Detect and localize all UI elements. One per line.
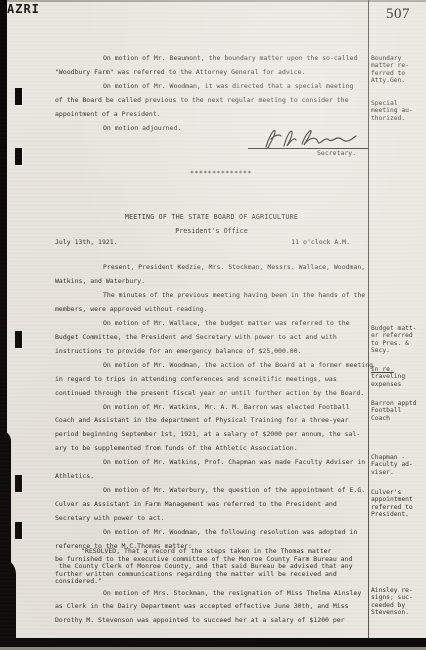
margin-note-line: Chapman - bbox=[371, 454, 425, 461]
page-bottom-edge bbox=[0, 638, 426, 647]
meeting-title: MEETING OF THE STATE BOARD OF AGRICULTUR… bbox=[55, 210, 368, 224]
margin-note-line: expenses bbox=[371, 381, 425, 388]
margin-note-line: ferred to bbox=[371, 70, 425, 77]
margin-note-line: matter re- bbox=[371, 62, 425, 69]
margin-note-line: referred to bbox=[371, 504, 425, 511]
meeting-subtitle: President's Office bbox=[55, 224, 368, 238]
meeting-dateline: July 13th, 1921. 11 o'clock A.M. bbox=[55, 238, 368, 247]
text-line: On motion of Mr. Woodman, the following … bbox=[55, 526, 368, 540]
body-paragraph: On motion of Mr. Watkins, Prof. Chapman … bbox=[55, 456, 368, 484]
text-line: instructions to provide for an emergency… bbox=[55, 345, 368, 359]
text-line: On motion of Mr. Watkins, Prof. Chapman … bbox=[55, 456, 368, 470]
text-line: On motion of Mr. Woodman, the action of … bbox=[55, 359, 368, 373]
margin-note: Ainsley re-signs; suc-ceeded byStevenson… bbox=[371, 587, 425, 617]
margin-note: Chapman -Faculty ad-viser. bbox=[371, 454, 425, 476]
body-paragraph: On motion of Mr. Woodman, the action of … bbox=[55, 359, 368, 401]
meeting-date: July 13th, 1921. bbox=[55, 238, 118, 247]
closing-paragraphs: On motion of Mrs. Stockman, the resignat… bbox=[55, 587, 368, 629]
resolution-line: considered." bbox=[55, 578, 368, 585]
body-paragraph: On motion of Mr. Beaumont, the boundary … bbox=[55, 52, 368, 80]
resolution-block: "RESOLVED, That a record of the steps ta… bbox=[55, 548, 368, 585]
body-paragraph: On motion of Mr. Woodman, it was directe… bbox=[55, 80, 368, 122]
binding-mark bbox=[15, 522, 22, 539]
binding-mark bbox=[15, 88, 22, 105]
margin-note-line: Boundary bbox=[371, 55, 425, 62]
margin-note: Specialmeeting au-thorized. bbox=[371, 100, 425, 122]
text-line: On motion of Mr. Wallace, the budget mat… bbox=[55, 317, 368, 331]
margin-note-line: Culver's bbox=[371, 489, 425, 496]
page-top-edge bbox=[0, 0, 426, 2]
text-line: Secretary with power to act. bbox=[55, 512, 368, 526]
text-line: continued through the present fiscal yea… bbox=[55, 387, 368, 401]
text-line: "Woodbury Farm" was referred to the Atto… bbox=[55, 66, 368, 80]
margin-note: Budget matt-er referredto Pres. &Secy. bbox=[371, 325, 425, 355]
margin-note: In re.travelingexpenses bbox=[371, 366, 425, 388]
margin-note-line: Faculty ad- bbox=[371, 461, 425, 468]
text-line: The minutes of the previous meeting havi… bbox=[55, 289, 368, 303]
text-line: period beginning September 1st, 1921, at… bbox=[55, 428, 368, 442]
margin-note-line: er referred bbox=[371, 332, 425, 339]
margin-note-line: Ainsley re- bbox=[371, 587, 425, 594]
margin-note-line: thorized. bbox=[371, 115, 425, 122]
margin-divider-line bbox=[368, 0, 369, 638]
signature-block: Secretary. bbox=[55, 135, 368, 169]
margin-note-line: President. bbox=[371, 511, 425, 518]
body-paragraph: On motion of Mr. Wallace, the budget mat… bbox=[55, 317, 368, 359]
text-line: appointment of a President. bbox=[55, 108, 368, 122]
margin-note-line: In re. bbox=[371, 366, 425, 373]
margin-note-line: ceeded by bbox=[371, 602, 425, 609]
text-line: Present, President Kedzie, Mrs. Stockman… bbox=[55, 261, 368, 275]
body-paragraph: Present, President Kedzie, Mrs. Stockman… bbox=[55, 261, 368, 289]
page-left-edge-corner bbox=[0, 558, 16, 650]
meeting-heading: MEETING OF THE STATE BOARD OF AGRICULTUR… bbox=[55, 210, 368, 247]
text-line: On motion of Mr. Beaumont, the boundary … bbox=[55, 52, 368, 66]
text-line: On motion of Mr. Watkins, Mr. A. M. Barr… bbox=[55, 401, 368, 415]
text-line: members, were approved without reading. bbox=[55, 303, 368, 317]
intro-paragraphs: On motion of Mr. Beaumont, the boundary … bbox=[55, 52, 368, 135]
text-line: Dorothy M. Stevenson was appointed to su… bbox=[55, 614, 368, 628]
margin-note-line: appointment bbox=[371, 496, 425, 503]
binding-mark bbox=[15, 148, 22, 165]
margin-note-line: Coach bbox=[371, 415, 425, 422]
margin-note-line: Budget matt- bbox=[371, 325, 425, 332]
page-number: 507 bbox=[386, 6, 410, 23]
text-line: On motion of Mr. Woodman, it was directe… bbox=[55, 80, 368, 94]
margin-note-line: traveling bbox=[371, 373, 425, 380]
margin-note-line: viser. bbox=[371, 469, 425, 476]
body-paragraph: On motion of Mrs. Stockman, the resignat… bbox=[55, 587, 368, 629]
text-line: On motion of Mrs. Stockman, the resignat… bbox=[55, 587, 368, 601]
body-paragraph: The minutes of the previous meeting havi… bbox=[55, 289, 368, 317]
margin-note-line: Football bbox=[371, 407, 425, 414]
document-body: On motion of Mr. Beaumont, the boundary … bbox=[55, 52, 368, 628]
text-line: Culver as Assistant in Farm Management w… bbox=[55, 498, 368, 512]
text-line: On motion of Mr. Waterbury, the question… bbox=[55, 484, 368, 498]
margin-note-line: Stevenson. bbox=[371, 609, 425, 616]
margin-note-line: to Pres. & bbox=[371, 340, 425, 347]
text-line: ary to be supplemented from funds of the… bbox=[55, 442, 368, 456]
margin-note-line: meeting au- bbox=[371, 107, 425, 114]
corner-stamp: AZRI bbox=[7, 2, 40, 16]
text-line: of the Board be called previous to the n… bbox=[55, 94, 368, 108]
margin-note-line: Atty.Gen. bbox=[371, 77, 425, 84]
signature-title: Secretary. bbox=[317, 149, 356, 157]
margin-note-line: Special bbox=[371, 100, 425, 107]
body-paragraph: On motion of Mr. Watkins, Mr. A. M. Barr… bbox=[55, 401, 368, 457]
margin-note: Barron apptdFootballCoach bbox=[371, 400, 425, 422]
body-paragraph: On motion of Mr. Waterbury, the question… bbox=[55, 484, 368, 526]
binding-mark bbox=[15, 331, 22, 348]
text-line: Athletics. bbox=[55, 470, 368, 484]
asterisk-separator: ************** bbox=[55, 169, 368, 177]
text-line: Budget Committee, the President and Secr… bbox=[55, 331, 368, 345]
binding-mark bbox=[15, 475, 22, 492]
margin-note: Culver'sappointmentreferred toPresident. bbox=[371, 489, 425, 519]
main-paragraphs: Present, President Kedzie, Mrs. Stockman… bbox=[55, 261, 368, 553]
meeting-time: 11 o'clock A.M. bbox=[291, 238, 350, 247]
margin-note-line: signs; suc- bbox=[371, 594, 425, 601]
text-line: as Clerk in the Dairy Department was acc… bbox=[55, 600, 368, 614]
text-line: in regard to trips in attending conferen… bbox=[55, 373, 368, 387]
margin-note: Boundarymatter re-ferred toAtty.Gen. bbox=[371, 55, 425, 85]
text-line: Watkins, and Waterbury. bbox=[55, 275, 368, 289]
scanned-minutes-page: AZRI 507 On motion of Mr. Beaumont, the … bbox=[0, 0, 426, 650]
text-line: Coach and Assistant in the department of… bbox=[55, 414, 368, 428]
margin-note-line: Barron apptd bbox=[371, 400, 425, 407]
margin-note-line: Secy. bbox=[371, 347, 425, 354]
